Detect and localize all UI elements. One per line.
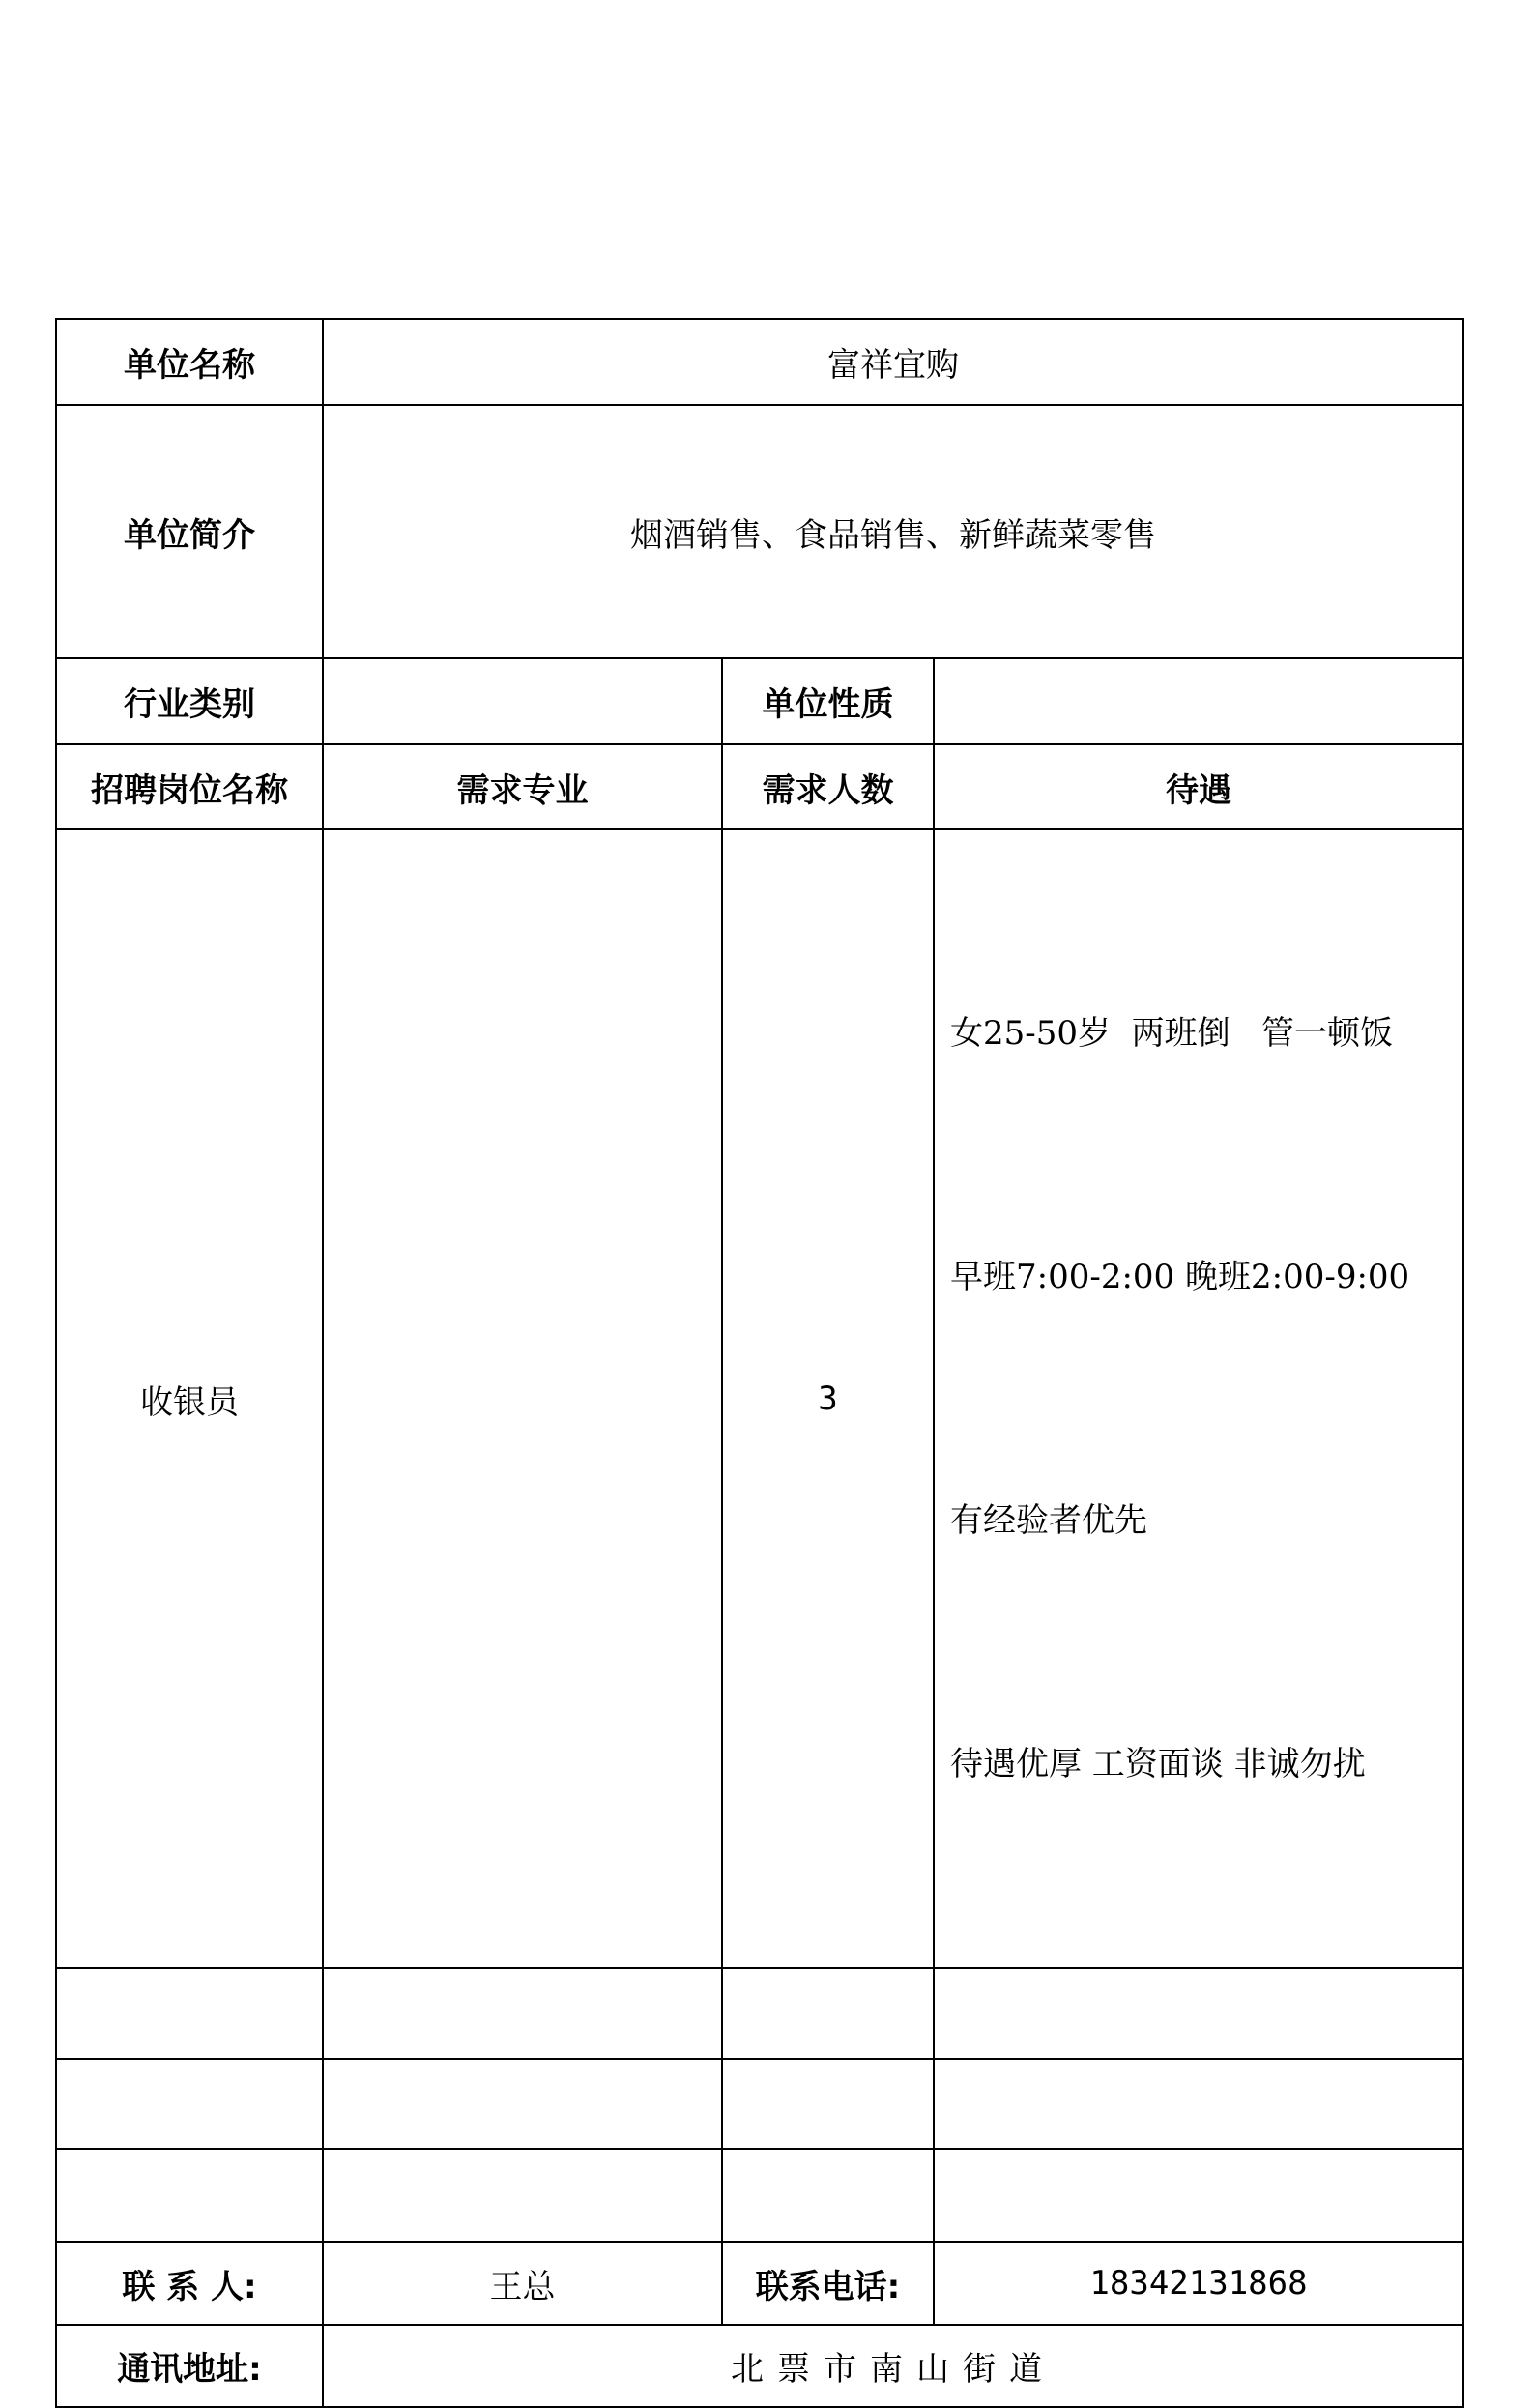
position-count: 3 bbox=[722, 829, 934, 1968]
empty-position-row bbox=[56, 1968, 1463, 2059]
header-count: 需求人数 bbox=[722, 744, 934, 829]
contact-label: 联 系 人: bbox=[56, 2242, 323, 2325]
company-intro-value: 烟酒销售、食品销售、新鲜蔬菜零售 bbox=[323, 405, 1463, 658]
company-type-value bbox=[934, 658, 1463, 744]
empty-cell bbox=[722, 2149, 934, 2242]
industry-row: 行业类别 单位性质 bbox=[56, 658, 1463, 744]
empty-cell bbox=[934, 2059, 1463, 2149]
company-name-label: 单位名称 bbox=[56, 319, 323, 405]
industry-value bbox=[323, 658, 722, 744]
empty-position-row bbox=[56, 2059, 1463, 2149]
empty-position-row bbox=[56, 2149, 1463, 2242]
recruitment-form-table: 单位名称 富祥宜购 单位简介 烟酒销售、食品销售、新鲜蔬菜零售 行业类别 单位性… bbox=[55, 318, 1464, 2408]
address-value: 北票市南山街道 bbox=[323, 2325, 1463, 2407]
header-benefits: 待遇 bbox=[934, 744, 1463, 829]
company-intro-row: 单位简介 烟酒销售、食品销售、新鲜蔬菜零售 bbox=[56, 405, 1463, 658]
position-major bbox=[323, 829, 722, 1968]
benefits-line: 有经验者优先 bbox=[950, 1480, 1462, 1561]
benefits-line: 待遇优厚 工资面谈 非诚勿扰 bbox=[950, 1724, 1462, 1805]
empty-cell bbox=[56, 1968, 323, 2059]
company-name-row: 单位名称 富祥宜购 bbox=[56, 319, 1463, 405]
contact-value: 王总 bbox=[323, 2242, 722, 2325]
empty-cell bbox=[56, 2059, 323, 2149]
benefits-line: 早班7:00-2:00 晚班2:00-9:00 bbox=[950, 1236, 1462, 1318]
empty-cell bbox=[56, 2149, 323, 2242]
positions-header-row: 招聘岗位名称 需求专业 需求人数 待遇 bbox=[56, 744, 1463, 829]
position-name: 收银员 bbox=[56, 829, 323, 1968]
company-intro-label: 单位简介 bbox=[56, 405, 323, 658]
header-major: 需求专业 bbox=[323, 744, 722, 829]
header-position: 招聘岗位名称 bbox=[56, 744, 323, 829]
empty-cell bbox=[323, 2059, 722, 2149]
phone-label: 联系电话: bbox=[722, 2242, 934, 2325]
industry-label: 行业类别 bbox=[56, 658, 323, 744]
empty-cell bbox=[934, 1968, 1463, 2059]
empty-cell bbox=[934, 2149, 1463, 2242]
empty-cell bbox=[722, 2059, 934, 2149]
position-row: 收银员 3 女25-50岁 两班倒 管一顿饭 早班7:00-2:00 晚班2:0… bbox=[56, 829, 1463, 1968]
company-type-label: 单位性质 bbox=[722, 658, 934, 744]
address-row: 通讯地址: 北票市南山街道 bbox=[56, 2325, 1463, 2407]
empty-cell bbox=[323, 2149, 722, 2242]
address-label: 通讯地址: bbox=[56, 2325, 323, 2407]
company-name-value: 富祥宜购 bbox=[323, 319, 1463, 405]
empty-cell bbox=[722, 1968, 934, 2059]
phone-value: 18342131868 bbox=[934, 2242, 1463, 2325]
empty-cell bbox=[323, 1968, 722, 2059]
benefits-line: 女25-50岁 两班倒 管一顿饭 bbox=[950, 993, 1462, 1074]
contact-row: 联 系 人: 王总 联系电话: 18342131868 bbox=[56, 2242, 1463, 2325]
position-benefits: 女25-50岁 两班倒 管一顿饭 早班7:00-2:00 晚班2:00-9:00… bbox=[934, 829, 1463, 1968]
